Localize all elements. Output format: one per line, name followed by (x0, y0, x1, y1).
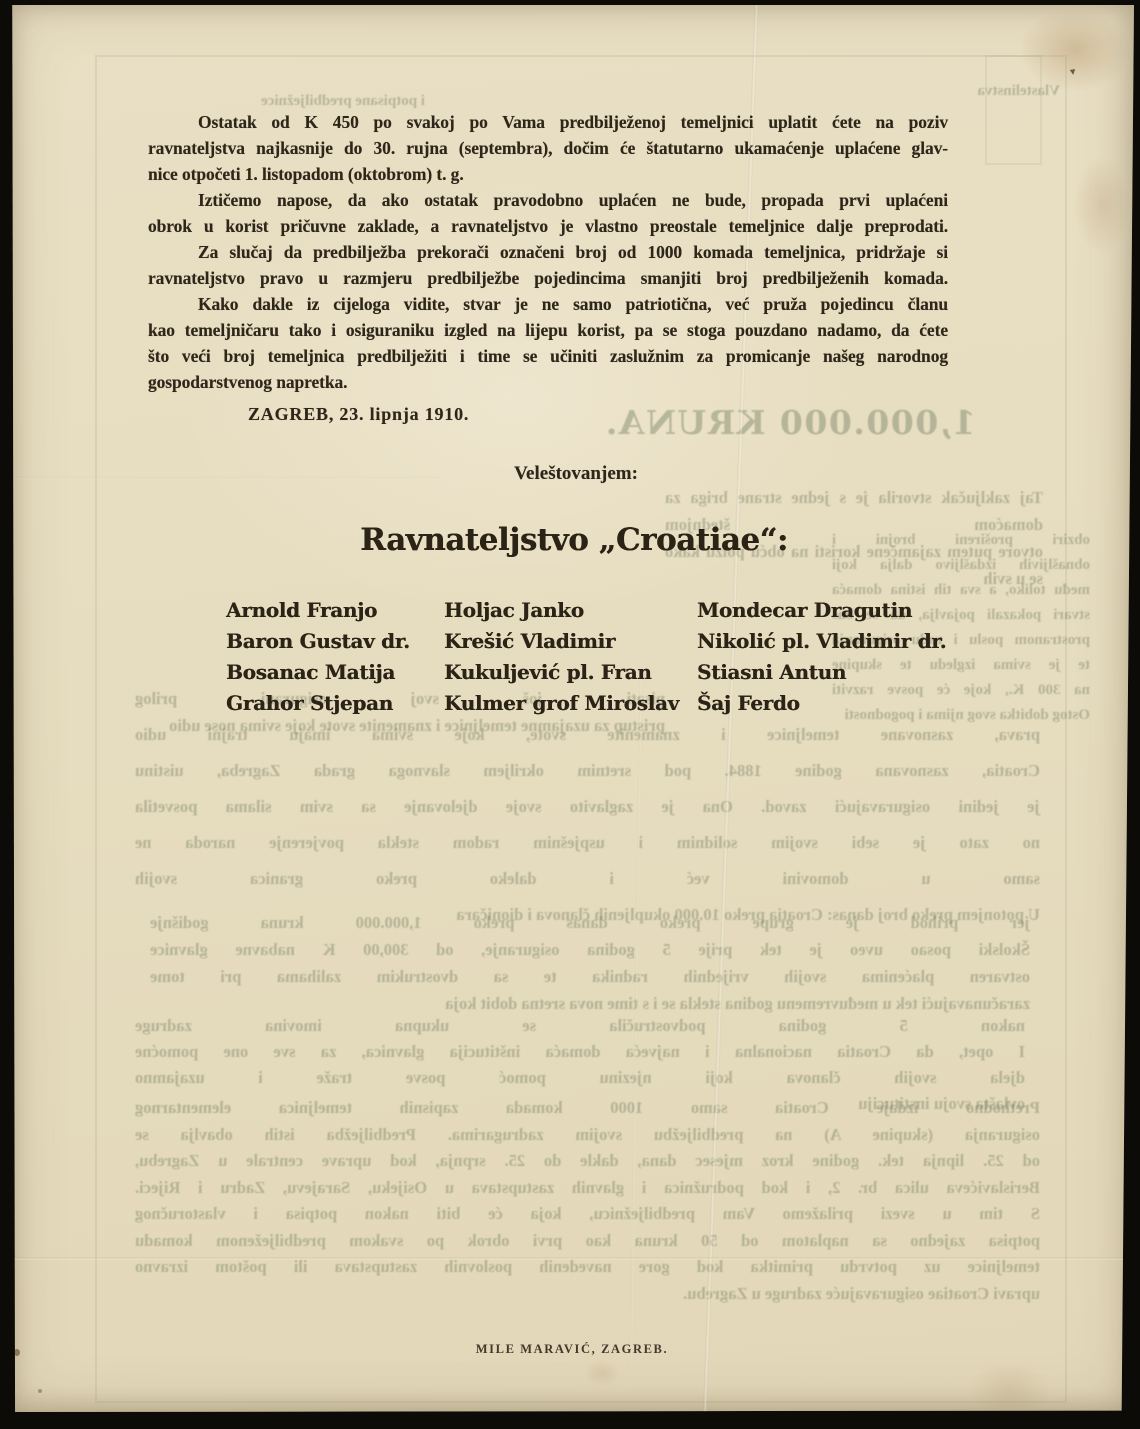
signatory-name: Kukuljević pl. Fran (444, 657, 679, 688)
bleed-line: djela svojih članova koji njezinu pomoć … (135, 1065, 1025, 1091)
signatory-name: Bosanac Matija (226, 657, 410, 688)
signatories: Arnold FranjoBaron Gustav dr.Bosanac Mat… (148, 595, 948, 727)
body-line: Za slučaj da predbilježba prekorači ozna… (148, 239, 948, 265)
dateline: ZAGREB, 23. lipnja 1910. (148, 401, 948, 427)
bleed-line: Prethodno izdaje Croatia samo 1000 komad… (135, 1095, 1040, 1122)
bleedthrough-fragment: i potpisane predbilježnice (125, 93, 425, 110)
paper-stain-dot (38, 1389, 42, 1393)
bleedthrough-block: prava, zasnovane temeljnice i znamenite … (135, 717, 1040, 933)
bleed-line: temeljnice uz potvrdu primitka kod gore … (135, 1254, 1040, 1281)
bleed-line: Školski posao uveo je tek prije 5 godina… (150, 936, 1030, 963)
body-line: što veći broj temeljnica predbilježiti i… (148, 343, 948, 369)
body-line: nice otpočeti 1. listopadom (oktobrom) t… (148, 161, 948, 187)
body-line: Kako dakle iz cijeloga vidite, stvar je … (148, 291, 948, 317)
signatory-name: Grahor Stjepan (226, 688, 410, 719)
directorate-heading: Ravnateljstvo „Croatiae“: (174, 519, 974, 561)
body-line: gospodarstvenog napretka. (148, 369, 948, 395)
bleed-line: S tim u svezi prilažemo Vam predbilježni… (135, 1201, 1040, 1228)
signatory-name: Nikolić pl. Vladimir dr. (697, 626, 946, 657)
body-line: ravnateljstvo pravo u razmjeru predbilje… (148, 265, 948, 291)
body-line: Iztičemo napose, da ako ostatak pravodob… (148, 187, 948, 213)
bleed-line: ostvaren plaćenima svojih vrijednih radn… (150, 963, 1030, 990)
signatory-name: Šaj Ferdo (697, 688, 946, 719)
bleed-line: upravi Croatiae osiguravajuće zadruge u … (135, 1281, 1040, 1308)
bleed-line: jer prihod je grupe preko danas preko 1,… (150, 909, 1030, 936)
paragraph: Ostatak od K 450 po svakoj po Vama predb… (148, 109, 948, 187)
bleedthrough-block: jer prihod je grupe preko danas preko 1,… (150, 909, 1030, 1017)
paragraph: Za slučaj da predbilježba prekorači ozna… (148, 239, 948, 291)
body-line: kao temeljničaru tako i osiguraniku izgl… (148, 317, 948, 343)
bleedthrough-frame-corner (985, 55, 1042, 165)
document-page: 1,000.000 KRUNA. i potpisane predbilježn… (10, 5, 1134, 1412)
bleed-line: potpisa zajedno sa naplatom od 50 kruna … (135, 1228, 1040, 1255)
bleedthrough-fragment: Vlastelinstva (825, 83, 1060, 100)
signatory-column: Mondecar DragutinNikolić pl. Vladimir dr… (697, 595, 946, 719)
bleed-line: osiguranja (skupine A) na predbilježbu s… (135, 1122, 1040, 1149)
paragraph: Kako dakle iz cijeloga vidite, stvar je … (148, 291, 948, 395)
body-paragraphs: Ostatak od K 450 po svakoj po Vama predb… (148, 109, 948, 395)
bleed-line: od 25. lipnja tek. godine kroz mjesec da… (135, 1148, 1040, 1175)
signatory-name: Mondecar Dragutin (697, 595, 946, 626)
bleed-line: Berislavićeva ulica br. 2, i kod podružn… (135, 1175, 1040, 1202)
letter-body: Ostatak od K 450 po svakoj po Vama predb… (148, 109, 948, 727)
signatory-name: Arnold Franjo (226, 595, 410, 626)
bleed-line: no zato je sebi svojim solidnim i uspješ… (135, 825, 1040, 861)
bleed-line: samo u domovini već i daleko preko grani… (135, 861, 1040, 897)
paragraph: Iztičemo napose, da ako ostatak pravodob… (148, 187, 948, 239)
scan-background: 1,000.000 KRUNA. i potpisane predbilježn… (0, 0, 1140, 1429)
body-line: ravnateljstva najkasnije do 30. rujna (s… (148, 135, 948, 161)
signatory-name: Krešić Vladimir (444, 626, 679, 657)
signatory-name: Holjac Janko (444, 595, 679, 626)
signatory-column: Holjac JankoKrešić VladimirKukuljević pl… (444, 595, 679, 719)
ink-speck: ▾ (1069, 65, 1076, 79)
body-line: Ostatak od K 450 po svakoj po Vama predb… (148, 109, 948, 135)
bleed-line: I opet, da Croatia nacionalna i najveća … (135, 1039, 1025, 1065)
body-line: obrok u korist pričuvne zaklade, a ravna… (148, 213, 948, 239)
signatory-name: Baron Gustav dr. (226, 626, 410, 657)
signatory-name: Stiasni Antun (697, 657, 946, 688)
bleed-line: Croatia, zasnovana godine 1884. pod sret… (135, 753, 1040, 789)
bleedthrough-block: Prethodno izdaje Croatia samo 1000 komad… (135, 1095, 1040, 1307)
signatory-column: Arnold FranjoBaron Gustav dr.Bosanac Mat… (226, 595, 410, 719)
bleed-line: je jedini osiguravajući zavod. Ona je za… (135, 789, 1040, 825)
signatory-name: Kulmer grof Miroslav (444, 688, 679, 719)
salutation: Veleštovanjem: (176, 461, 976, 487)
bleed-line: nakon 5 godina podvostručila se ukupna i… (135, 1013, 1025, 1039)
printer-imprint: MILE MARAVIĆ, ZAGREB. (10, 1342, 1134, 1357)
